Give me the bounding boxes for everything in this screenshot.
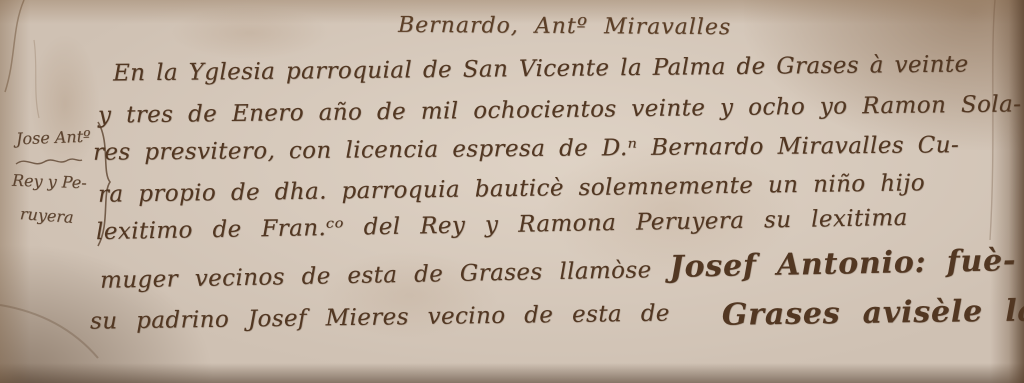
- margin-flourish: [14, 154, 84, 170]
- line-text-emphasis: Grases avisèle la: [722, 293, 1024, 332]
- margin-note-line: ruyera: [19, 204, 74, 227]
- header-name-text: Bernardo, Antº Miravalles: [398, 13, 731, 40]
- manuscript-page: Bernardo, Antº Miravalles Jose Antº Rey …: [0, 0, 1024, 383]
- margin-note-line: Rey y Pe-: [12, 171, 87, 193]
- line-text-emphasis: Josef Antonio: fuè-: [669, 243, 1016, 285]
- line-text: su padrino Josef Mieres vecino de esta d…: [90, 301, 670, 335]
- margin-note-line: Jose Antº: [16, 127, 91, 149]
